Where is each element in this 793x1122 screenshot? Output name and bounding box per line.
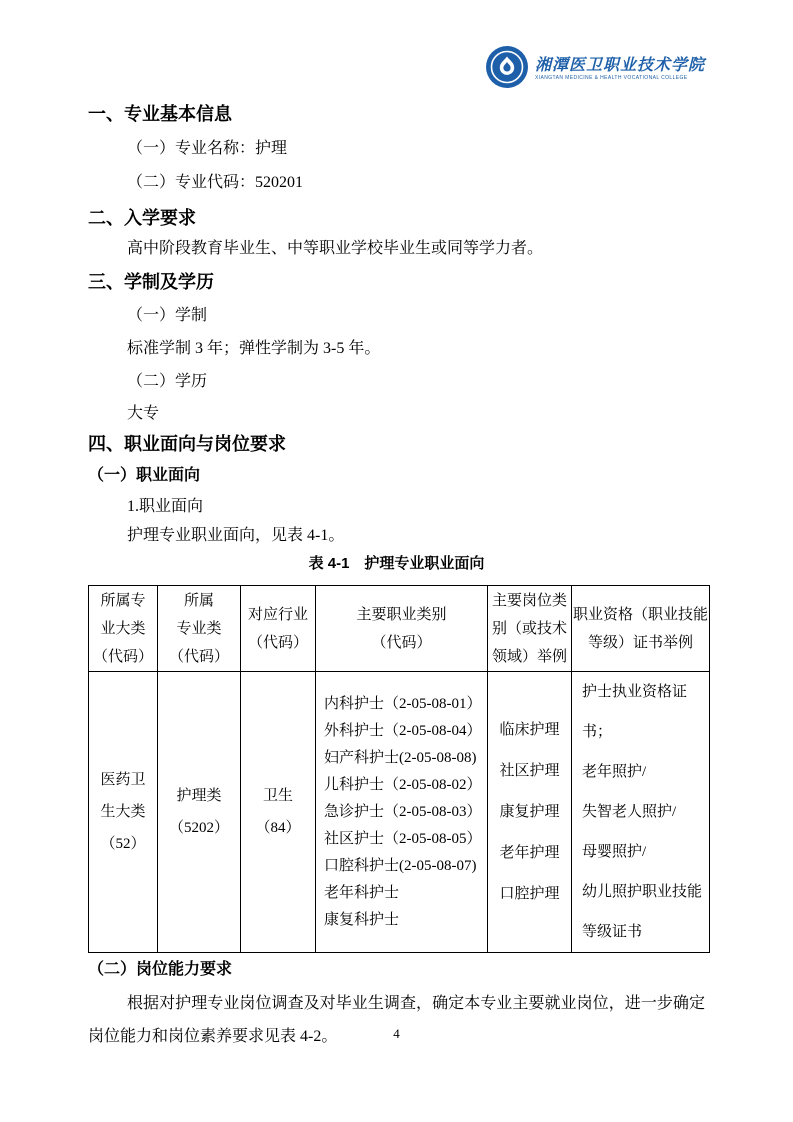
- post-ability-paragraph: 根据对护理专业岗位调查及对毕业生调查，确定本专业主要就业岗位，进一步确定岗位能力…: [88, 987, 705, 1053]
- degree-line: 大专: [88, 403, 705, 425]
- post-ability-sub-heading: （二）岗位能力要求: [88, 959, 705, 981]
- document-page: 湘潭医卫职业技术学院 XIANGTAN MEDICINE & HEALTH VO…: [0, 0, 793, 1122]
- cell-category: 护理类（5202）: [158, 672, 241, 953]
- table-data-row: 医药卫生大类（52） 护理类（5202） 卫生（84） 内科护士（2-05-08…: [89, 672, 710, 953]
- header-occupations: 主要职业类别（代码）: [316, 586, 488, 672]
- page-number: 4: [0, 1026, 793, 1042]
- header-industry: 对应行业（代码）: [241, 586, 316, 672]
- degree-sub-heading: （二）学历: [88, 371, 705, 393]
- cell-occupations: 内科护士（2-05-08-01）外科护士（2-05-08-04）妇产科护士(2-…: [316, 672, 488, 953]
- section-1-heading: 一、专业基本信息: [88, 102, 705, 126]
- major-code-line: （二）专业代码：520201: [88, 172, 705, 194]
- admission-requirement-line: 高中阶段教育毕业生、中等职业学校毕业生或同等学力者。: [88, 238, 705, 260]
- section-2-heading: 二、入学要求: [88, 206, 705, 230]
- career-orientation-sub-heading: （一）职业面向: [88, 465, 705, 487]
- major-name-line: （一）专业名称：护理: [88, 138, 705, 160]
- cell-certificates: 护士执业资格证书；老年照护/失智老人照护/母婴照护/幼儿照护职业技能等级证书: [572, 672, 710, 953]
- header-certificates: 职业资格（职业技能等级）证书举例: [572, 586, 710, 672]
- cell-industry: 卫生（84）: [241, 672, 316, 953]
- header-category: 所属专业类（代码）: [158, 586, 241, 672]
- career-orientation-table: 所属专业大类（代码） 所属专业类（代码） 对应行业（代码） 主要职业类别（代码）…: [88, 585, 710, 953]
- header-major-category: 所属专业大类（代码）: [89, 586, 158, 672]
- header-posts: 主要岗位类别（或技术领域）举例: [488, 586, 572, 672]
- schooling-years-line: 标准学制 3 年；弹性学制为 3-5 年。: [88, 338, 705, 360]
- cell-major-category: 医药卫生大类（52）: [89, 672, 158, 953]
- college-logo: 湘潭医卫职业技术学院 XIANGTAN MEDICINE & HEALTH VO…: [88, 46, 705, 92]
- college-name-en: XIANGTAN MEDICINE & HEALTH VOCATIONAL CO…: [535, 76, 705, 81]
- career-orientation-item: 1.职业面向: [88, 496, 705, 518]
- college-name-cn: 湘潭医卫职业技术学院: [535, 57, 705, 73]
- schooling-sub-heading: （一）学制: [88, 305, 705, 327]
- college-logo-emblem-icon: [485, 45, 529, 94]
- table-header-row: 所属专业大类（代码） 所属专业类（代码） 对应行业（代码） 主要职业类别（代码）…: [89, 586, 710, 672]
- section-4-heading: 四、职业面向与岗位要求: [88, 432, 705, 456]
- career-orientation-ref-line: 护理专业职业面向，见表 4-1。: [88, 525, 705, 547]
- cell-posts: 临床护理社区护理康复护理老年护理口腔护理: [488, 672, 572, 953]
- section-3-heading: 三、学制及学历: [88, 270, 705, 294]
- table-4-1-title: 表 4-1 护理专业职业面向: [88, 553, 705, 575]
